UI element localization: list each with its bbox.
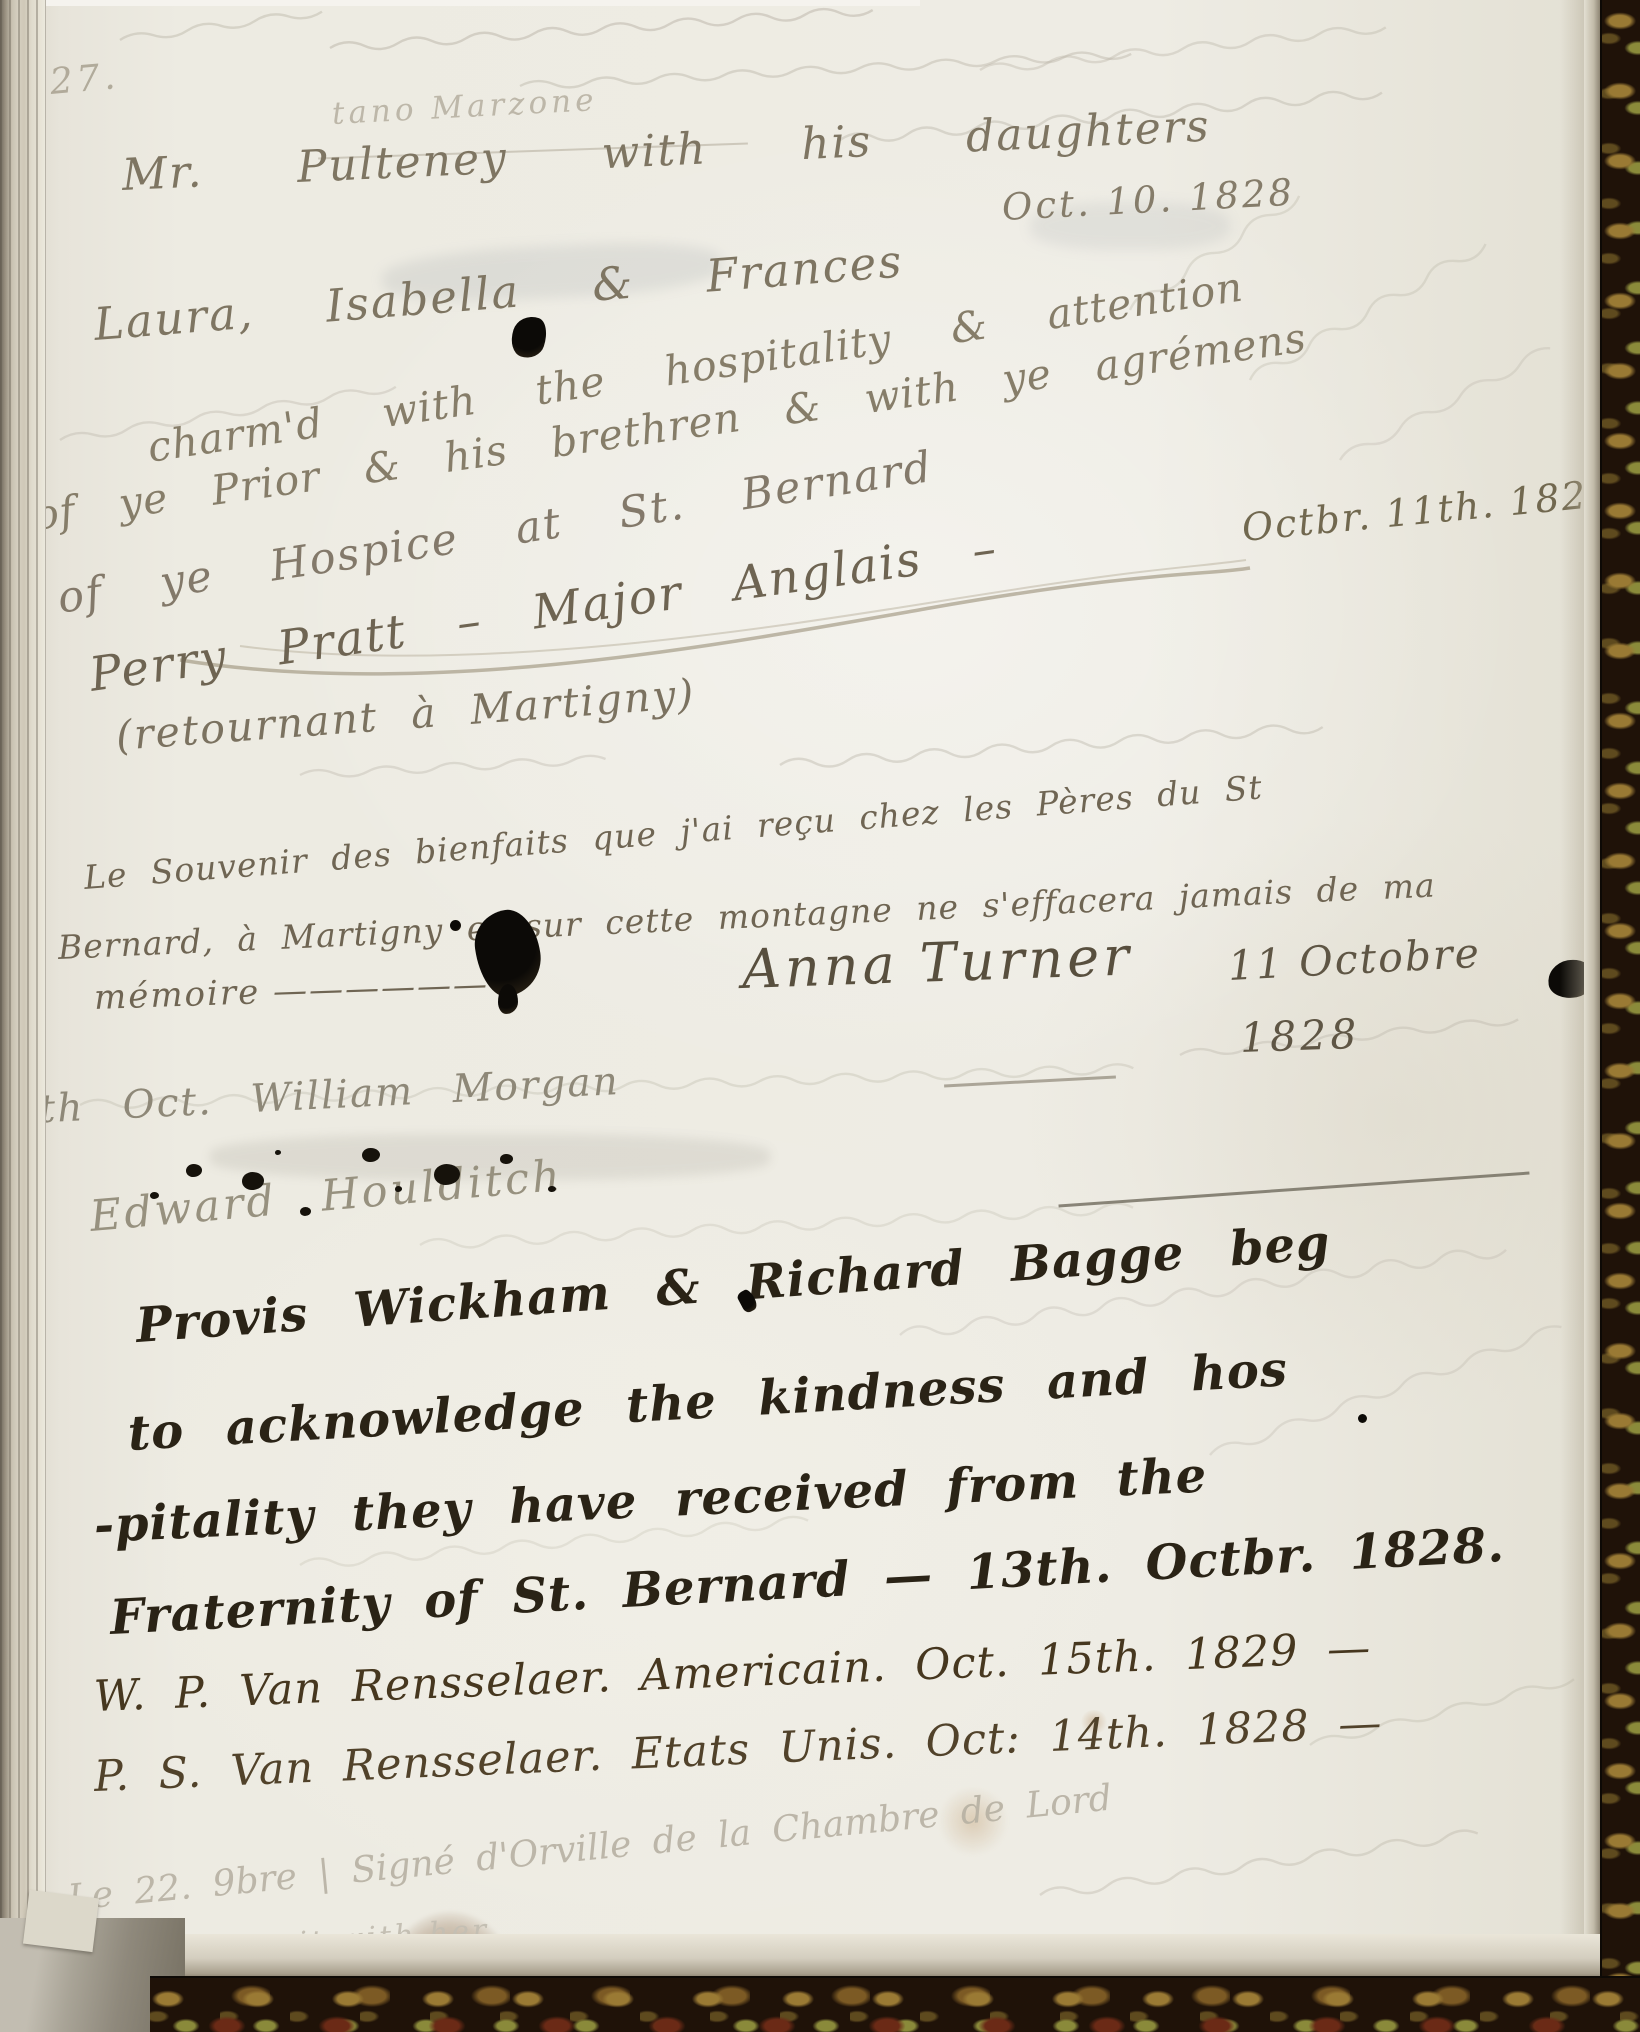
bleedthrough-squiggle xyxy=(1338,344,1553,465)
binding-page-edges xyxy=(0,0,46,2032)
ink-blot xyxy=(1358,1414,1367,1423)
marbled-cover-bottom xyxy=(150,1976,1640,2032)
pen-dash xyxy=(944,1076,1116,1088)
entry-wickham-line3: -pitality they have received from the xyxy=(93,1447,1209,1553)
entry-french-signature: Anna Turner xyxy=(741,924,1134,1001)
ink-spatter xyxy=(275,1150,281,1155)
ink-blot xyxy=(506,312,551,362)
bleedthrough-squiggle xyxy=(300,755,606,779)
recto-page-number: 27. xyxy=(48,56,121,103)
bleedthrough-name: tano Marzone xyxy=(331,82,598,132)
ink-spatter xyxy=(362,1148,380,1162)
entry-french-date-line1: 11 Octobre xyxy=(1227,929,1482,990)
bleedthrough-squiggle xyxy=(980,23,1387,75)
page-corner-tab xyxy=(23,1890,99,1952)
bleedthrough-squiggle xyxy=(119,8,322,44)
ink-spatter xyxy=(242,1172,264,1190)
ink-spatter xyxy=(300,1207,311,1216)
page-top-edge xyxy=(0,0,920,6)
ink-spatter xyxy=(395,1186,402,1192)
entry-wickham-line1: Provis Wickham & Richard Bagge beg xyxy=(134,1215,1332,1354)
entry-pulteney-date: Oct. 10. 1828 xyxy=(1001,171,1296,229)
entry-houlditch: Edward Houlditch xyxy=(88,1151,565,1242)
page-crease xyxy=(1560,0,1584,2032)
page-bottom-edge xyxy=(46,1934,1600,1978)
bleedthrough-squiggle xyxy=(1039,1829,1478,1900)
entry-wickham-line2: to acknowledge the kindness and hos xyxy=(126,1341,1289,1462)
page-stack-edge xyxy=(1584,0,1600,2032)
bleedthrough-squiggle xyxy=(780,722,1323,770)
bleedthrough-squiggle xyxy=(330,6,873,53)
marbled-cover-right xyxy=(1600,0,1640,2032)
entry-morgan: 10th Oct. William Morgan xyxy=(0,1059,621,1135)
entry-french-line1: Le Souvenir des bienfaits que j'ai reçu … xyxy=(83,767,1264,897)
entry-french-date-line2: 1828 xyxy=(1239,1010,1361,1062)
entry-french-line3: mémoire —————— xyxy=(93,964,489,1018)
bleedthrough-bottom-line: Le 22. 9bre | Signé d'Orville de la Cham… xyxy=(66,1778,1114,1919)
bleedthrough-squiggle xyxy=(520,50,1132,90)
ink-spatter xyxy=(186,1164,202,1177)
pen-line xyxy=(1058,1172,1529,1208)
ink-blot xyxy=(450,920,461,931)
ink-blot xyxy=(498,984,518,1014)
manuscript-page: 27. tano Marzone Mr. Pulteney with his d… xyxy=(0,0,1640,2032)
